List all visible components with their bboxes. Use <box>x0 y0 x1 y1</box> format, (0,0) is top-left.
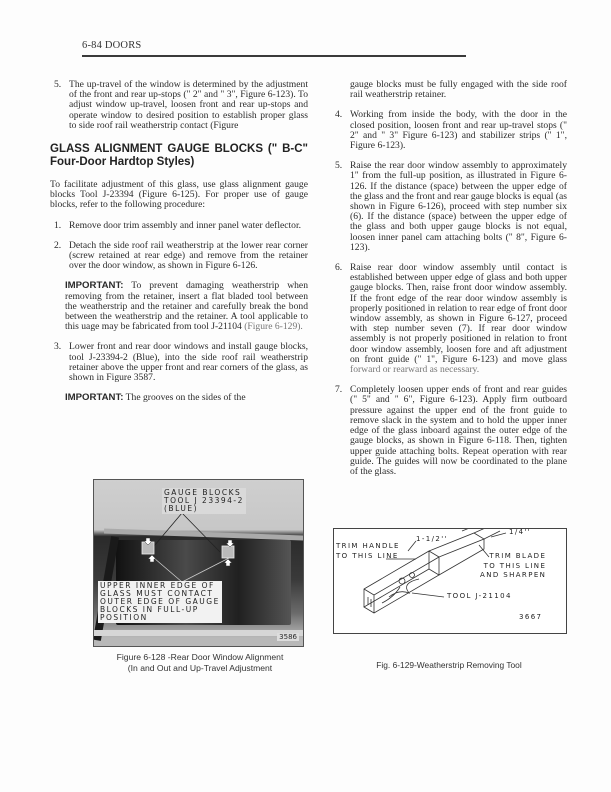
contact-instruction-label: UPPER INNER EDGE OF GLASS MUST CONTACT O… <box>98 581 222 623</box>
tool-label: TOOL J-21104 <box>447 592 512 602</box>
step-number: 3. <box>54 342 66 383</box>
step-number: 6. <box>335 263 347 375</box>
step-text: Working from inside the body, with the d… <box>347 110 567 151</box>
step-number: 1. <box>54 221 66 231</box>
step-text: Raise rear door window assembly until co… <box>350 262 567 365</box>
step-number: 5. <box>335 161 347 253</box>
step-text: Detach the side roof rail weatherstrip a… <box>66 241 308 272</box>
continuation-text: gauge blocks must be fully engaged with … <box>335 80 567 100</box>
important-note-1: IMPORTANT: To prevent damaging weatherst… <box>50 281 308 332</box>
important-note-2: IMPORTANT: The grooves on the sides of t… <box>50 393 308 403</box>
trim-blade-label: TRIM BLADE TO THIS LINE AND SHARPEN <box>480 552 546 581</box>
trim-handle-label: TRIM HANDLE TO THIS LINE <box>336 542 400 561</box>
step-number: 2. <box>54 241 66 272</box>
step-1: 1. Remove door trim assembly and inner p… <box>50 221 308 231</box>
section-title: 6-84 DOORS <box>82 40 141 51</box>
step-5-left: 5. The up-travel of the window is determ… <box>50 80 308 131</box>
step-3: 3. Lower front and rear door windows and… <box>50 342 308 383</box>
step-6: 6. Raise rear door window assembly until… <box>335 263 567 375</box>
dimension-1-4: 1/4'' <box>509 528 531 538</box>
page-header: 6-84 DOORS <box>82 35 466 53</box>
figure-number: 3667 <box>519 613 542 623</box>
important-text: The grooves on the sides of the <box>123 392 245 403</box>
step-text-faint: forward or rearward as necessary. <box>350 364 479 375</box>
step-4: 4. Working from inside the body, with th… <box>335 110 567 151</box>
step-number: 7. <box>335 385 347 477</box>
figure-reference: (Figure 6-129). <box>244 321 303 332</box>
dimension-1-1-2: 1-1/2'' <box>416 535 448 545</box>
caption-line-2: (In and Out and Up-Travel Adjustment <box>95 663 305 674</box>
step-number: 4. <box>335 110 347 151</box>
figure-6-128-caption: Figure 6-128 -Rear Door Window Alignment… <box>95 652 305 674</box>
figure-number: 3586 <box>277 633 299 641</box>
step-text: Lower front and rear door windows and in… <box>66 342 308 383</box>
intro-paragraph: To facilitate adjustment of this glass, … <box>50 180 308 211</box>
step-7: 7. Completely loosen upper ends of front… <box>335 385 567 477</box>
step-5-right: 5. Raise the rear door window assembly t… <box>335 161 567 253</box>
right-column: gauge blocks must be fully engaged with … <box>335 80 567 487</box>
important-label: IMPORTANT: <box>65 392 123 403</box>
step-text: Completely loosen upper ends of front an… <box>347 385 567 477</box>
gauge-blocks-label: GAUGE BLOCKS TOOL J 23394-2 (BLUE) <box>162 488 246 514</box>
figure-6-129-caption: Fig. 6-129-Weatherstrip Removing Tool <box>333 660 565 670</box>
figure-6-129-drawing: 1-1/2'' 1/4'' TRIM HANDLE TO THIS LINE T… <box>333 528 567 634</box>
header-rule <box>82 55 466 57</box>
step-body: Raise rear door window assembly until co… <box>347 263 567 375</box>
step-text: Raise the rear door window assembly to a… <box>347 161 567 253</box>
figure-6-128-photo: GAUGE BLOCKS TOOL J 23394-2 (BLUE) UPPER… <box>93 479 304 647</box>
caption-line-1: Figure 6-128 -Rear Door Window Alignment <box>95 652 305 663</box>
step-text: The up-travel of the window is determine… <box>66 80 308 131</box>
step-number: 5. <box>54 80 66 131</box>
left-column: 5. The up-travel of the window is determ… <box>50 80 308 413</box>
step-text: Remove door trim assembly and inner pane… <box>66 221 308 231</box>
section-heading: GLASS ALIGNMENT GAUGE BLOCKS (" B-C" Fou… <box>50 143 308 168</box>
step-2: 2. Detach the side roof rail weatherstri… <box>50 241 308 272</box>
